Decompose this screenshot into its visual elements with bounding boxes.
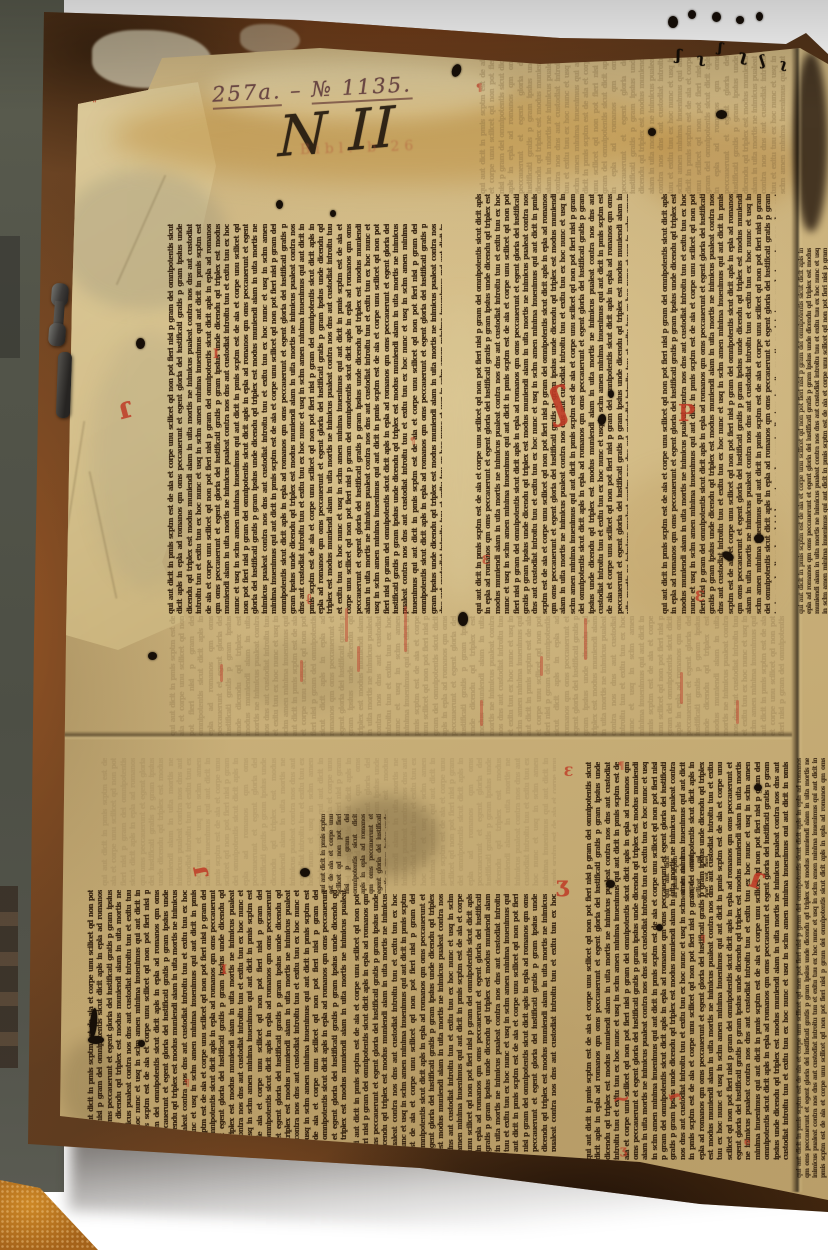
shelfmark-number: 257a.	[212, 79, 283, 110]
worm-hole	[716, 110, 727, 119]
red-initial: Ɛ	[695, 590, 705, 604]
worm-hole	[88, 1036, 104, 1044]
manuscript-text-block: qui aut dicit in pmis scptm est de aia e…	[86, 890, 348, 1140]
manuscript-text-block: qui aut dicit in pmis scptm est de aia e…	[474, 194, 628, 614]
worm-hole	[754, 784, 762, 791]
red-initial: ¶	[184, 1080, 190, 1089]
manuscript-text: qui aut dicit in pmis scptm est de aia e…	[166, 224, 442, 614]
red-initial: Ɛ	[564, 766, 573, 779]
red-initial: ¶	[618, 762, 624, 772]
horizontal-fold-crease	[58, 731, 792, 740]
red-initial: ~	[611, 1087, 632, 1111]
manuscript-text: qui aut dicit in pmis scptm est de aia e…	[320, 814, 386, 894]
manuscript-text-block: qui aut dicit in pmis scptm est de aia e…	[478, 56, 788, 194]
red-stroke	[220, 664, 223, 682]
manuscript-text: qui aut dicit in pmis scptm est de aia e…	[352, 894, 556, 1152]
red-initial: ʒ	[556, 874, 569, 896]
red-stroke	[584, 618, 587, 660]
edge-ink-blot	[736, 16, 744, 24]
worm-hole	[148, 652, 157, 660]
red-initial: ¶	[476, 84, 482, 94]
photo-of-medieval-book-inner-cover: { "subject": "Photograph: inside cover o…	[0, 0, 828, 1250]
red-stroke	[345, 608, 348, 642]
metal-clasp-pin	[48, 283, 92, 348]
parchment-pastedown: qui aut dicit in pmis scptm est de aia e…	[0, 0, 828, 1250]
gutter-crease	[791, 42, 803, 1192]
red-initial: I	[221, 964, 227, 977]
red-initial: ʒ	[620, 1144, 627, 1156]
manuscript-text: qui aut dicit in pmis scptm est de aia e…	[474, 194, 628, 614]
large-ink-shelfmark: N II	[278, 95, 398, 171]
manuscript-text-block: qui aut dicit in pmis scptm est de aia e…	[352, 894, 556, 1152]
metal-clasp-plate	[56, 352, 72, 418]
manuscript-text: qui aut dicit in pmis scptm est de aia e…	[664, 856, 708, 898]
red-initial: ¶	[700, 936, 706, 945]
worm-hole	[276, 200, 283, 209]
shelfmark-separator: –	[289, 78, 303, 103]
red-initial: ℓ	[306, 592, 312, 607]
worm-hole	[138, 1040, 145, 1047]
red-stroke	[480, 700, 483, 726]
red-stroke	[540, 656, 543, 676]
manuscript-text: qui aut dicit in pmis scptm est de aia e…	[478, 56, 788, 194]
manuscript-text: qui aut dicit in pmis scptm est de aia e…	[86, 890, 348, 1140]
manuscript-text-block: qui aut dicit in pmis scptm est de aia e…	[664, 856, 708, 898]
worm-hole	[458, 612, 468, 626]
stitch-mark: ʅ	[738, 48, 748, 65]
clasp-knob	[48, 323, 67, 347]
edge-ink-blot	[756, 12, 763, 21]
stitch-mark: ʅ	[779, 58, 787, 72]
worm-hole	[648, 128, 656, 136]
worm-hole	[754, 534, 764, 543]
manuscript-text-block: qui aut dicit in pmis scptm est de aia e…	[320, 814, 386, 894]
red-initial: I	[213, 348, 219, 361]
red-stroke	[357, 646, 360, 672]
red-initial: e	[744, 1138, 750, 1148]
background-clasp-strap	[0, 886, 18, 1068]
manuscript-text-block: qui aut dicit in pmis scptm est de aia e…	[168, 616, 788, 736]
red-stroke	[404, 606, 407, 652]
edge-ink-blot	[668, 16, 678, 28]
worm-hole	[136, 338, 145, 349]
worm-hole	[608, 390, 614, 398]
red-initial: P	[678, 402, 695, 425]
worm-hole	[656, 924, 663, 931]
red-initial: ¶	[410, 438, 416, 447]
edge-ink-blot	[688, 10, 696, 19]
worm-hole	[330, 210, 336, 217]
background-shadow-notch	[0, 236, 20, 358]
manuscript-text: qui aut dicit in pmis scptm est de aia e…	[168, 616, 788, 736]
red-stroke	[680, 672, 683, 704]
worm-hole	[606, 880, 615, 888]
red-stroke	[300, 660, 303, 682]
red-initial: Ɛ	[482, 554, 491, 566]
stitch-mark: ʅ	[696, 52, 705, 67]
vellum-scrap-on-edge	[240, 24, 300, 54]
edge-ink-blot	[712, 12, 721, 22]
red-stroke	[736, 700, 739, 724]
worm-hole	[300, 868, 310, 877]
manuscript-text-block: qui aut dicit in pmis scptm est de aia e…	[166, 224, 442, 614]
